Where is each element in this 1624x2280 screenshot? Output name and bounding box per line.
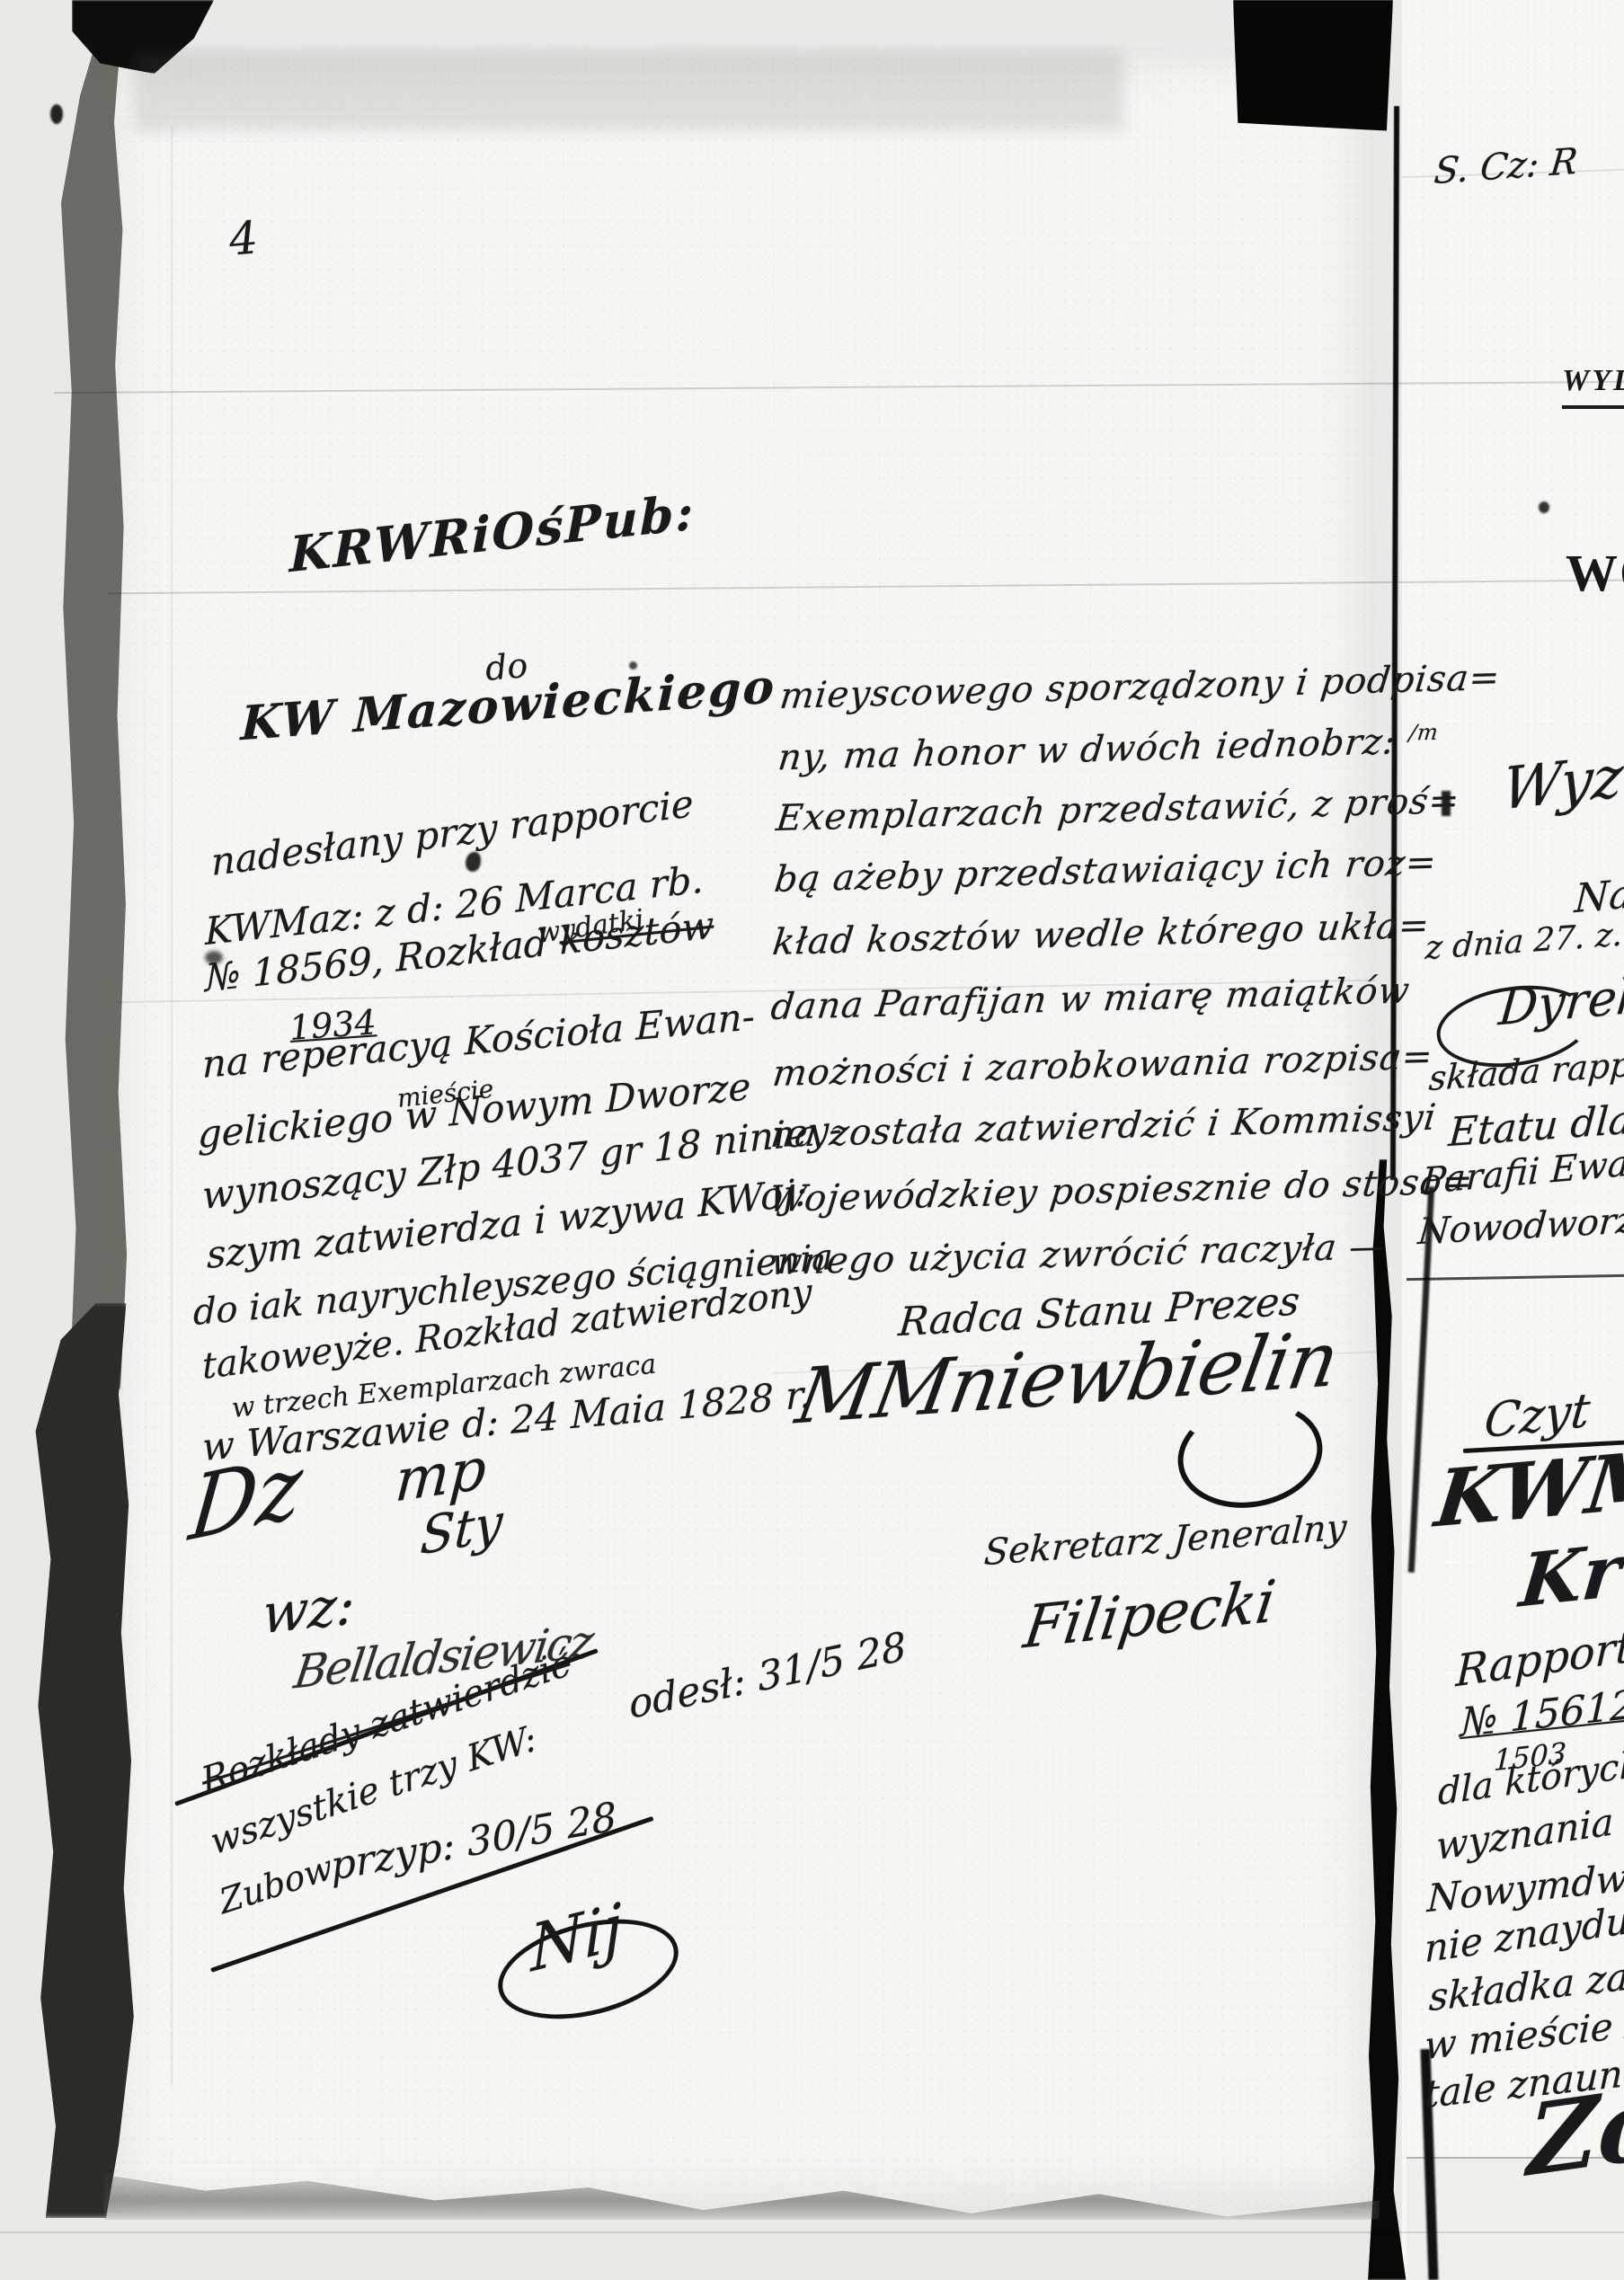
crease-vertical-left (171, 126, 173, 2085)
paraph-wz: wz: (261, 1574, 358, 1647)
right-page-stain (1539, 501, 1549, 513)
right-page-fragment: Kr (1516, 1528, 1624, 1624)
left-edge-dot (50, 104, 63, 124)
body-line-2-sup: /m (1407, 720, 1440, 746)
right-page-fragment: Na (1574, 871, 1624, 922)
black-tab (1233, 0, 1393, 132)
right-page-fragment: Zo (1526, 2065, 1624, 2199)
top-smudge (135, 52, 1123, 131)
gutter-fold-line (1390, 106, 1399, 1180)
archival-scan: 4 KRWRiOśPub: do KW Mazowieckiego nadesł… (0, 0, 1624, 2280)
printed-title-fragment: WO (1566, 543, 1624, 603)
page-number: 4 (226, 211, 260, 266)
background-line-bottom (0, 2231, 1624, 2233)
printed-department-header: WYDZ (1562, 364, 1624, 409)
